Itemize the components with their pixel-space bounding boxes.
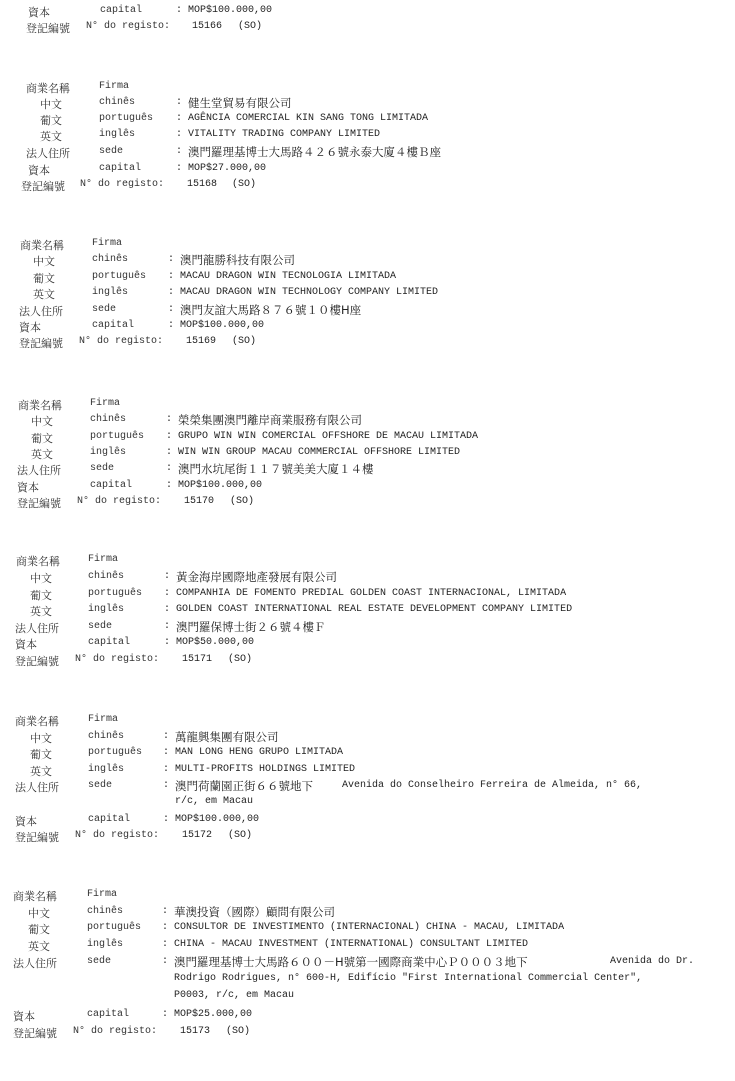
registo-label-zh: 登記編號 xyxy=(21,178,65,194)
registo-label-pt: N° do registo: xyxy=(79,336,163,347)
registo-suffix: (SO) xyxy=(228,654,252,665)
registo-label-pt: N° do registo: xyxy=(77,496,161,507)
sede-label-pt: sede xyxy=(87,956,111,967)
registo-number: 15166 xyxy=(192,21,222,32)
company-name-portuguese: MAN LONG HENG GRUPO LIMITADA xyxy=(175,747,343,758)
sede-address-line-1: Avenida do Dr. xyxy=(610,956,694,967)
sede-address-chinese: 澳門羅理基博士大馬路６００－H號第一國際商業中心Ｐ０００３地下 xyxy=(174,954,528,970)
portugues-label-zh: 葡文 xyxy=(28,921,50,937)
ingles-label-zh: 英文 xyxy=(33,286,55,302)
capital-label-zh: 資本 xyxy=(28,4,50,20)
registo-label-zh: 登記編號 xyxy=(26,20,70,36)
sede-address: 澳門羅理基博士大馬路４２６號永泰大廈４樓Ｂ座 xyxy=(188,144,441,160)
chines-label-pt: chinês xyxy=(99,97,135,108)
sede-label-pt: sede xyxy=(99,146,123,157)
firma-label-zh: 商業名稱 xyxy=(13,888,57,904)
colon: : xyxy=(163,747,169,758)
capital-value: MOP$50.000,00 xyxy=(176,637,254,648)
colon: : xyxy=(168,320,174,331)
ingles-label-zh: 英文 xyxy=(31,446,53,462)
company-name-portuguese: GRUPO WIN WIN COMERCIAL OFFSHORE DE MACA… xyxy=(178,431,478,442)
registo-label-zh: 登記編號 xyxy=(15,829,59,845)
sede-label-zh: 法人住所 xyxy=(19,303,63,319)
company-name-chinese: 萬龍興集團有限公司 xyxy=(175,729,279,745)
registo-label-zh: 登記編號 xyxy=(19,335,63,351)
colon: : xyxy=(166,414,172,425)
chines-label-zh: 中文 xyxy=(30,570,52,586)
gazette-page: 資本 capital : MOP$100.000,00 登記編號 N° do r… xyxy=(0,0,735,1081)
colon: : xyxy=(168,287,174,298)
colon: : xyxy=(176,97,182,108)
ingles-label-pt: inglês xyxy=(87,939,123,950)
registo-number: 15168 xyxy=(187,179,217,190)
registo-suffix: (SO) xyxy=(228,830,252,841)
ingles-label-pt: inglês xyxy=(99,129,135,140)
registo-label-zh: 登記編號 xyxy=(15,653,59,669)
registo-label-pt: N° do registo: xyxy=(80,179,164,190)
colon: : xyxy=(162,956,168,967)
ingles-label-zh: 英文 xyxy=(28,938,50,954)
sede-label-zh: 法人住所 xyxy=(15,620,59,636)
capital-value: MOP$100.000,00 xyxy=(178,480,262,491)
portugues-label-pt: português xyxy=(90,431,144,442)
registo-suffix: (SO) xyxy=(232,336,256,347)
portugues-label-zh: 葡文 xyxy=(30,746,52,762)
capital-label-pt: capital xyxy=(88,814,130,825)
registo-number: 15169 xyxy=(186,336,216,347)
chines-label-zh: 中文 xyxy=(28,905,50,921)
portugues-label-zh: 葡文 xyxy=(40,112,62,128)
portugues-label-pt: português xyxy=(92,271,146,282)
capital-label-zh: 資本 xyxy=(13,1008,35,1024)
capital-value: MOP$25.000,00 xyxy=(174,1009,252,1020)
firma-label-pt: Firma xyxy=(90,398,120,409)
colon: : xyxy=(176,129,182,140)
company-name-chinese: 華澳投資（國際）顧問有限公司 xyxy=(174,904,335,920)
colon: : xyxy=(168,304,174,315)
capital-value: MOP$100.000,00 xyxy=(175,814,259,825)
firma-label-pt: Firma xyxy=(88,714,118,725)
company-name-chinese: 澳門龍勝科技有限公司 xyxy=(180,252,295,268)
portugues-label-pt: português xyxy=(87,922,141,933)
colon: : xyxy=(164,571,170,582)
portugues-label-zh: 葡文 xyxy=(31,430,53,446)
chines-label-pt: chinês xyxy=(88,571,124,582)
portugues-label-zh: 葡文 xyxy=(33,270,55,286)
registo-number: 15171 xyxy=(182,654,212,665)
chines-label-zh: 中文 xyxy=(40,96,62,112)
ingles-label-pt: inglês xyxy=(92,287,128,298)
registo-number: 15173 xyxy=(180,1026,210,1037)
capital-label-zh: 資本 xyxy=(15,813,37,829)
sede-address: 澳門羅保博士街２６號４樓Ｆ xyxy=(176,619,326,635)
ingles-label-pt: inglês xyxy=(88,764,124,775)
colon: : xyxy=(166,463,172,474)
colon: : xyxy=(176,163,182,174)
firma-label-pt: Firma xyxy=(88,554,118,565)
registo-label-pt: N° do registo: xyxy=(75,830,159,841)
company-name-portuguese: AGÊNCIA COMERCIAL KIN SANG TONG LIMITADA xyxy=(188,113,428,124)
registo-label-pt: N° do registo: xyxy=(86,21,170,32)
chines-label-pt: chinês xyxy=(88,731,124,742)
sede-label-pt: sede xyxy=(92,304,116,315)
firma-label-zh: 商業名稱 xyxy=(16,553,60,569)
company-name-english: MACAU DRAGON WIN TECHNOLOGY COMPANY LIMI… xyxy=(180,287,438,298)
firma-label-zh: 商業名稱 xyxy=(15,713,59,729)
colon: : xyxy=(163,731,169,742)
sede-address-line-1: Avenida do Conselheiro Ferreira de Almei… xyxy=(342,780,642,791)
sede-address-chinese: 澳門荷蘭園正街６６號地下 xyxy=(175,778,313,794)
firma-label-zh: 商業名稱 xyxy=(20,237,64,253)
company-name-english: GOLDEN COAST INTERNATIONAL REAL ESTATE D… xyxy=(176,604,572,615)
sede-label-zh: 法人住所 xyxy=(26,145,70,161)
registo-label-pt: N° do registo: xyxy=(73,1026,157,1037)
portugues-label-pt: português xyxy=(88,588,142,599)
ingles-label-pt: inglês xyxy=(90,447,126,458)
sede-label-pt: sede xyxy=(88,780,112,791)
firma-label-pt: Firma xyxy=(87,889,117,900)
colon: : xyxy=(164,637,170,648)
registo-suffix: (SO) xyxy=(232,179,256,190)
colon: : xyxy=(164,604,170,615)
colon: : xyxy=(163,814,169,825)
ingles-label-zh: 英文 xyxy=(30,603,52,619)
colon: : xyxy=(162,1009,168,1020)
colon: : xyxy=(162,906,168,917)
capital-label-pt: capital xyxy=(90,480,132,491)
capital-label-zh: 資本 xyxy=(28,162,50,178)
chines-label-pt: chinês xyxy=(87,906,123,917)
sede-label-zh: 法人住所 xyxy=(17,462,61,478)
company-name-portuguese: CONSULTOR DE INVESTIMENTO (INTERNACIONAL… xyxy=(174,922,564,933)
company-name-english: CHINA - MACAU INVESTMENT (INTERNATIONAL)… xyxy=(174,939,528,950)
sede-address-line-2: Rodrigo Rodrigues, n° 600-H, Edifício "F… xyxy=(174,973,642,984)
registo-suffix: (SO) xyxy=(230,496,254,507)
capital-label-pt: capital xyxy=(99,163,141,174)
colon: : xyxy=(163,764,169,775)
sede-label-pt: sede xyxy=(88,621,112,632)
portugues-label-pt: português xyxy=(99,113,153,124)
company-name-chinese: 黃金海岸國際地產發展有限公司 xyxy=(176,569,337,585)
company-name-portuguese: COMPANHIA DE FOMENTO PREDIAL GOLDEN COAS… xyxy=(176,588,566,599)
capital-value: MOP$27.000,00 xyxy=(188,163,266,174)
colon: : xyxy=(166,480,172,491)
firma-label-zh: 商業名稱 xyxy=(26,80,70,96)
sede-label-pt: sede xyxy=(90,463,114,474)
ingles-label-zh: 英文 xyxy=(30,763,52,779)
colon: : xyxy=(164,588,170,599)
colon: : xyxy=(166,447,172,458)
registo-number: 15170 xyxy=(184,496,214,507)
capital-label-zh: 資本 xyxy=(17,479,39,495)
company-name-chinese: 健生堂貿易有限公司 xyxy=(188,95,292,111)
company-name-portuguese: MACAU DRAGON WIN TECNOLOGIA LIMITADA xyxy=(180,271,396,282)
portugues-label-zh: 葡文 xyxy=(30,587,52,603)
colon: : xyxy=(168,254,174,265)
registo-suffix: (SO) xyxy=(238,21,262,32)
registo-label-zh: 登記編號 xyxy=(17,495,61,511)
colon: : xyxy=(162,939,168,950)
sede-address: 澳門友誼大馬路８７６號１０樓H座 xyxy=(180,302,361,318)
colon: : xyxy=(162,922,168,933)
company-name-english: VITALITY TRADING COMPANY LIMITED xyxy=(188,129,380,140)
chines-label-pt: chinês xyxy=(92,254,128,265)
firma-label-zh: 商業名稱 xyxy=(18,397,62,413)
colon: : xyxy=(176,146,182,157)
sede-label-zh: 法人住所 xyxy=(13,955,57,971)
chines-label-zh: 中文 xyxy=(33,253,55,269)
registo-label-pt: N° do registo: xyxy=(75,654,159,665)
colon: : xyxy=(176,113,182,124)
sede-label-zh: 法人住所 xyxy=(15,779,59,795)
colon: : xyxy=(168,271,174,282)
colon: : xyxy=(176,5,182,16)
portugues-label-pt: português xyxy=(88,747,142,758)
registo-number: 15172 xyxy=(182,830,212,841)
colon: : xyxy=(163,780,169,791)
chines-label-pt: chinês xyxy=(90,414,126,425)
capital-label-pt: capital xyxy=(88,637,130,648)
capital-label-zh: 資本 xyxy=(15,636,37,652)
registo-suffix: (SO) xyxy=(226,1026,250,1037)
capital-label-pt: capital xyxy=(100,5,142,16)
capital-label-pt: capital xyxy=(87,1009,129,1020)
ingles-label-pt: inglês xyxy=(88,604,124,615)
capital-label-zh: 資本 xyxy=(19,319,41,335)
sede-address-line-2: r/c, em Macau xyxy=(175,796,253,807)
colon: : xyxy=(166,431,172,442)
ingles-label-zh: 英文 xyxy=(40,128,62,144)
colon: : xyxy=(164,621,170,632)
registo-label-zh: 登記編號 xyxy=(13,1025,57,1041)
capital-value: MOP$100.000,00 xyxy=(180,320,264,331)
chines-label-zh: 中文 xyxy=(31,413,53,429)
chines-label-zh: 中文 xyxy=(30,730,52,746)
sede-address: 澳門水坑尾街１１７號美美大廈１４樓 xyxy=(178,461,374,477)
company-name-english: WIN WIN GROUP MACAU COMMERCIAL OFFSHORE … xyxy=(178,447,460,458)
capital-value: MOP$100.000,00 xyxy=(188,5,272,16)
capital-label-pt: capital xyxy=(92,320,134,331)
sede-address-line-3: P0003, r/c, em Macau xyxy=(174,990,294,1001)
firma-label-pt: Firma xyxy=(92,238,122,249)
company-name-chinese: 榮榮集團澳門離岸商業服務有限公司 xyxy=(178,412,362,428)
firma-label-pt: Firma xyxy=(99,81,129,92)
company-name-english: MULTI-PROFITS HOLDINGS LIMITED xyxy=(175,764,355,775)
